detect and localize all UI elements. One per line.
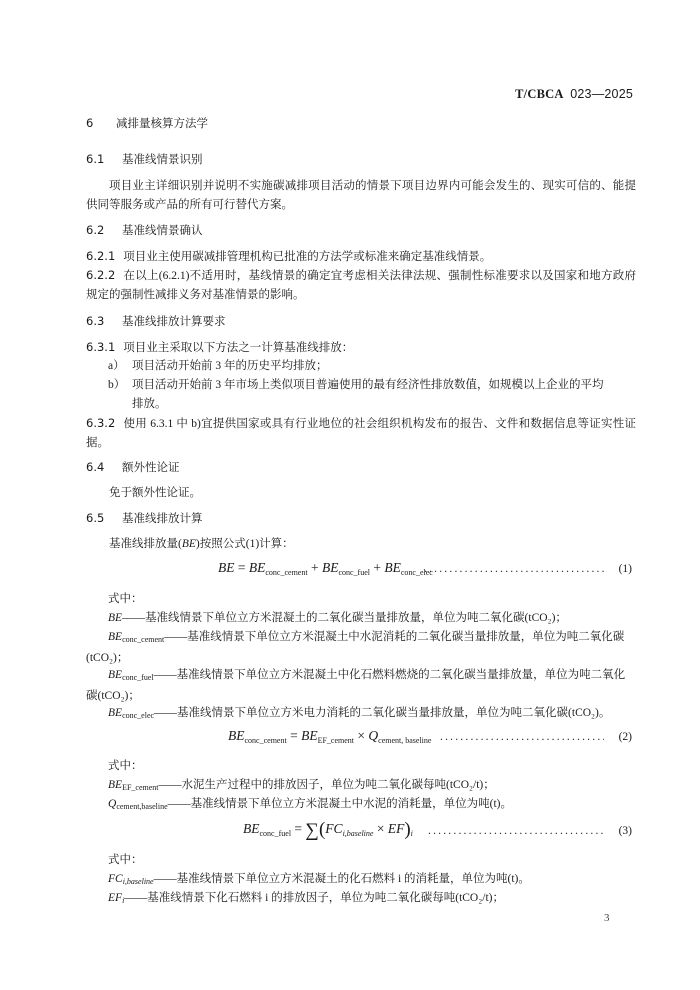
eq-subscript: i,baseline <box>343 829 374 838</box>
eq-operator: = <box>235 560 249 575</box>
eq-operator: + <box>308 560 322 575</box>
definition-be: BE——基准线情景下单位立方米混凝土的二氧化碳当量排放量，单位为吨二氧化碳(tC… <box>108 609 636 628</box>
leader-dots: ........................................… <box>428 825 604 837</box>
list-marker: a） <box>108 357 132 376</box>
paragraph-6-1: 项目业主详细识别并说明不实施碳减排项目活动的情景下项目边界内可能会发生的、现实可… <box>86 177 636 215</box>
eq-subscript: EF_cement <box>318 736 354 745</box>
section-heading-6: 6减排量核算方法学 <box>86 115 208 131</box>
eq-term: FC <box>325 821 342 836</box>
list-text-continuation: 排放。 <box>108 395 636 414</box>
clause-6-2-1: 6.2.1项目业主使用碳减排管理机构已批准的方法学或标准来确定基准线情景。 <box>86 247 636 267</box>
intro-text: )按照公式(1)计算： <box>196 538 294 550</box>
clause-text: 使用 6.3.1 中 b)宜提供国家或具有行业地位的社会组织机构发布的报告、文件… <box>86 418 636 449</box>
section-number: 6.3 <box>86 314 122 328</box>
eq-operator: = <box>291 821 305 836</box>
clause-number: 6.3.1 <box>86 340 115 354</box>
section-number: 6.5 <box>86 511 122 525</box>
list-text: 项目活动开始前 3 年市场上类似项目普遍使用的最有经济性排放数值，如规模以上企业… <box>132 379 604 391</box>
def-subscript: conc_fuel <box>122 673 154 682</box>
eq-subscript: cement, baseline <box>378 736 431 745</box>
paragraph-6-4: 免于额外性论证。 <box>86 484 636 503</box>
where-label-3: 式中： <box>108 851 658 870</box>
def-subscript: cement,baseline <box>116 802 167 811</box>
eq-subscript: conc_cement <box>265 568 307 577</box>
clause-6-3-1: 6.3.1项目业主采取以下方法之一计算基准线排放： <box>86 338 636 358</box>
def-variable: BE <box>108 612 122 624</box>
definition-be-conc-elec: BEconc_elec——基准线情景下单位立方米电力消耗的二氧化碳当量排放量，单… <box>108 704 636 725</box>
eq-term: BE <box>322 560 339 575</box>
list-item-b: b）项目活动开始前 3 年市场上类似项目普遍使用的最有经济性排放数值，如规模以上… <box>108 376 636 414</box>
intro-variable: BE <box>182 538 196 550</box>
list-text: 项目活动开始前 3 年的历史平均排放； <box>132 360 328 372</box>
equation-number-1: (1) <box>619 563 632 575</box>
equation-2: BEconc_cement = BEEF_cement × Qcement, b… <box>228 728 431 745</box>
def-variable: BE <box>108 707 122 719</box>
def-variable: EF <box>108 892 122 904</box>
intro-text: 基准线排放量( <box>109 538 182 550</box>
section-heading-6-1: 6.1基准线情景识别 <box>86 151 203 167</box>
def-text: ——基准线情景下单位立方米混凝土中化石燃料燃烧的二氧化碳当量排放量，单位为吨二氧… <box>86 669 625 702</box>
list-item-a: a）项目活动开始前 3 年的历史平均排放； <box>108 357 636 376</box>
eq-term: BE <box>249 560 266 575</box>
formula-intro: 基准线排放量(BE)按照公式(1)计算： <box>86 535 636 554</box>
clause-6-2-2: 6.2.2在以上(6.2.1)不适用时，基线情景的确定宜考虑相关法律法规、强制性… <box>86 266 636 305</box>
def-variable: BE <box>108 779 122 791</box>
def-text: ——基准线情景下单位立方米混凝土的二氧化碳当量排放量，单位为吨二氧化碳(tCO₂… <box>122 612 567 624</box>
eq-term: BE <box>218 560 235 575</box>
eq-term: Q <box>368 728 378 743</box>
def-subscript: i,baseline <box>123 877 154 886</box>
eq-subscript: conc_fuel <box>260 829 292 838</box>
eq-term: BE <box>228 728 245 743</box>
leader-dots: ........................................… <box>424 563 604 575</box>
section-heading-6-3: 6.3基准线排放计算要求 <box>86 313 226 329</box>
def-variable: BE <box>108 631 122 643</box>
eq-term: BE <box>301 728 318 743</box>
standard-number: 023—2025 <box>570 87 633 101</box>
page-number: 3 <box>604 912 610 924</box>
def-text: ——水泥生产过程中的排放因子，单位为吨二氧化碳每吨(tCO₂/t)； <box>159 779 495 791</box>
section-heading-6-4: 6.4额外性论证 <box>86 459 180 475</box>
standard-code: T/CBCA 023—2025 <box>515 87 633 102</box>
section-heading-6-2: 6.2基准线情景确认 <box>86 222 203 238</box>
eq-subscript: i <box>411 829 413 838</box>
eq-subscript: conc_fuel <box>338 568 370 577</box>
clause-number: 6.2.2 <box>86 268 115 282</box>
standard-prefix: T/CBCA <box>515 87 563 101</box>
section-number: 6.1 <box>86 152 122 166</box>
equation-3: BEconc_fuel = ∑(FCi,baseline × EF)i <box>243 819 413 842</box>
definition-be-conc-fuel: BEconc_fuel——基准线情景下单位立方米混凝土中化石燃料燃烧的二氧化碳当… <box>86 666 636 706</box>
eq-operator: × <box>373 821 387 836</box>
section-title: 基准线排放计算要求 <box>122 314 226 328</box>
def-subscript: conc_cement <box>122 635 164 644</box>
clause-6-3-2: 6.3.2使用 6.3.1 中 b)宜提供国家或具有行业地位的社会组织机构发布的… <box>86 414 636 453</box>
section-number: 6 <box>86 116 116 130</box>
def-text: ——基准线情景下单位立方米电力消耗的二氧化碳当量排放量，单位为吨二氧化碳(tCO… <box>154 707 610 719</box>
where-label-2: 式中： <box>108 757 658 776</box>
section-heading-6-5: 6.5基准线排放计算 <box>86 510 203 526</box>
clause-text: 项目业主采取以下方法之一计算基准线排放： <box>123 342 353 354</box>
definition-be-conc-cement: BEconc_cement——基准线情景下单位立方米混凝土中水泥消耗的二氧化碳当… <box>86 628 636 668</box>
eq-operator: = <box>287 728 301 743</box>
definition-q-cement-baseline: Qcement,baseline——基准线情景下单位立方米混凝土中水泥的消耗量，… <box>108 795 636 816</box>
def-subscript: conc_elec <box>122 711 154 720</box>
eq-operator: × <box>354 728 368 743</box>
eq-subscript: conc_cement <box>245 736 287 745</box>
definition-fc-i-baseline: FCi,baseline——基准线情景下单位立方米混凝土的化石燃料 i 的消耗量… <box>108 870 636 891</box>
section-title: 基准线排放计算 <box>122 511 203 525</box>
section-title: 基准线情景确认 <box>122 223 203 237</box>
section-title: 基准线情景识别 <box>122 152 203 166</box>
eq-term: BE <box>243 821 260 836</box>
summation-symbol: ∑ <box>305 820 319 841</box>
clause-text: 在以上(6.2.1)不适用时，基线情景的确定宜考虑相关法律法规、强制性标准要求以… <box>86 270 636 301</box>
list-marker: b） <box>108 376 132 395</box>
definition-be-ef-cement: BEEF_cement——水泥生产过程中的排放因子，单位为吨二氧化碳每吨(tCO… <box>108 776 636 797</box>
section-title: 减排量核算方法学 <box>116 116 208 130</box>
clause-text: 项目业主使用碳减排管理机构已批准的方法学或标准来确定基准线情景。 <box>123 251 491 263</box>
def-subscript: EF_cement <box>122 783 158 792</box>
clause-number: 6.2.1 <box>86 249 115 263</box>
def-text: ——基准线情景下单位立方米混凝土的化石燃料 i 的消耗量，单位为吨(t)。 <box>154 873 530 885</box>
def-variable: BE <box>108 669 122 681</box>
def-text: ——基准线情景下化石燃料 i 的排放因子，单位为吨二氧化碳每吨(tCO₂/t)； <box>124 892 504 904</box>
eq-operator: + <box>370 560 384 575</box>
section-title: 额外性论证 <box>122 460 180 474</box>
def-text: ——基准线情景下单位立方米混凝土中水泥的消耗量，单位为吨(t)。 <box>168 798 512 810</box>
def-text: ——基准线情景下单位立方米混凝土中水泥消耗的二氧化碳当量排放量，单位为吨二氧化碳… <box>86 631 624 664</box>
def-variable: FC <box>108 873 123 885</box>
leader-dots: ....................................... <box>440 731 604 743</box>
section-number: 6.2 <box>86 223 122 237</box>
equation-1: BE = BEconc_cement + BEconc_fuel + BEcon… <box>218 560 433 577</box>
equation-number-2: (2) <box>619 731 632 743</box>
where-label-1: 式中： <box>108 590 658 609</box>
eq-term: EF <box>388 821 405 836</box>
clause-number: 6.3.2 <box>86 416 115 430</box>
eq-term: BE <box>384 560 401 575</box>
section-number: 6.4 <box>86 460 122 474</box>
definition-ef-i: EFi——基准线情景下化石燃料 i 的排放因子，单位为吨二氧化碳每吨(tCO₂/… <box>108 889 636 910</box>
equation-number-3: (3) <box>619 825 632 837</box>
